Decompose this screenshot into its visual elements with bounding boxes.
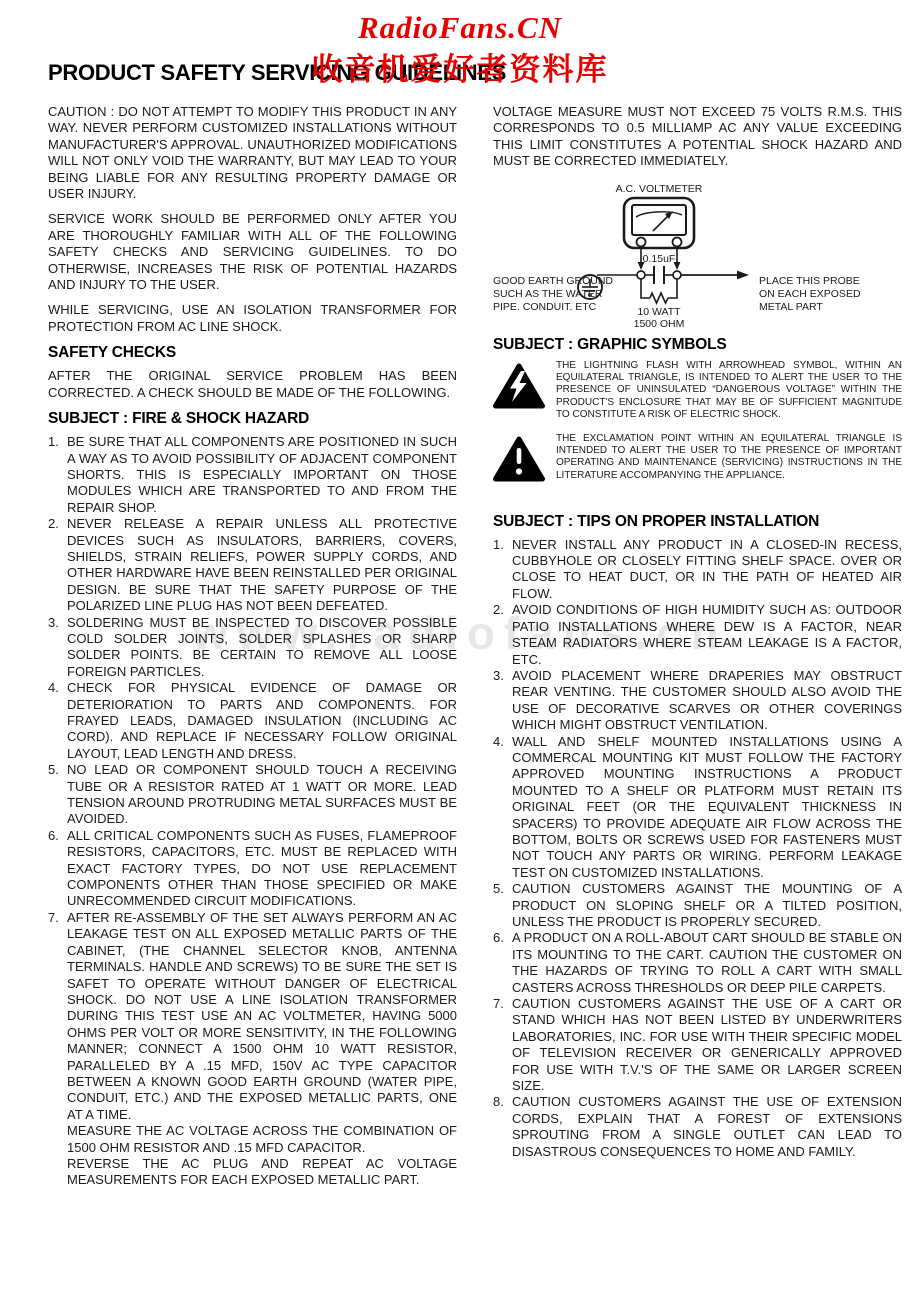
ac-voltmeter-label: A.C. VOLTMETER xyxy=(616,183,703,195)
tips-item-2: 2. AVOID CONDITIONS OF HIGH HUMIDITY SUC… xyxy=(493,602,902,668)
item-text: SOLDERING MUST BE INSPECTED TO DISCOVER … xyxy=(67,615,457,681)
right-column: VOLTAGE MEASURE MUST NOT EXCEED 75 VOLTS… xyxy=(493,104,902,1189)
lightning-triangle-icon xyxy=(493,360,547,422)
fire-shock-item-4: 4. CHECK FOR PHYSICAL EVIDENCE OF DAMAGE… xyxy=(48,680,457,762)
fire-shock-item-7: 7. AFTER RE-ASSEMBLY OF THE SET ALWAYS P… xyxy=(48,910,457,1189)
ground-caption-line2: SUCH AS THE WATER xyxy=(493,288,603,300)
voltage-limit-paragraph: VOLTAGE MEASURE MUST NOT EXCEED 75 VOLTS… xyxy=(493,104,902,170)
item-number: 1. xyxy=(493,537,512,603)
lightning-symbol-row: THE LIGHTNING FLASH WITH ARROWHEAD SYMBO… xyxy=(493,360,902,422)
item-number: 3. xyxy=(48,615,67,681)
watermark-site-chinese: 收音机爱好者资料库 xyxy=(0,44,920,89)
probe-caption-line2: ON EACH EXPOSED xyxy=(759,288,861,300)
item-number: 6. xyxy=(48,828,67,910)
item-text: AVOID CONDITIONS OF HIGH HUMIDITY SUCH A… xyxy=(512,602,902,668)
item-number: 1. xyxy=(48,434,67,516)
resistor-ohm-label: 1500 OHM xyxy=(634,318,685,330)
right-node xyxy=(673,271,681,279)
tips-item-1: 1. NEVER INSTALL ANY PRODUCT IN A CLOSED… xyxy=(493,537,902,603)
item-text: CAUTION CUSTOMERS AGAINST THE MOUNTING O… xyxy=(512,881,902,930)
item-text-reverse: REVERSE THE AC PLUG AND REPEAT AC VOLTAG… xyxy=(67,1156,457,1189)
item-number: 4. xyxy=(48,680,67,762)
item-text: AVOID PLACEMENT WHERE DRAPERIES MAY OBST… xyxy=(512,668,902,734)
isolation-transformer-paragraph: WHILE SERVICING, USE AN ISOLATION TRANSF… xyxy=(48,302,457,335)
ground-caption: GOOD EARTH GROUND SUCH AS THE WATER PIPE… xyxy=(493,275,613,313)
tips-item-8: 8. CAUTION CUSTOMERS AGAINST THE USE OF … xyxy=(493,1094,902,1160)
item-number: 8. xyxy=(493,1094,512,1160)
probe-arrow-icon xyxy=(681,270,749,279)
item-number: 5. xyxy=(493,881,512,930)
exclamation-symbol-row: THE EXCLAMATION POINT WITHIN AN EQUILATE… xyxy=(493,433,902,487)
ground-caption-line1: GOOD EARTH GROUND xyxy=(493,275,613,287)
tips-item-7: 7. CAUTION CUSTOMERS AGAINST THE USE OF … xyxy=(493,996,902,1094)
item-text-measure: MEASURE THE AC VOLTAGE ACROSS THE COMBIN… xyxy=(67,1123,457,1156)
safety-checks-heading: SAFETY CHECKS xyxy=(48,344,457,362)
item-text: A PRODUCT ON A ROLL-ABOUT CART SHOULD BE… xyxy=(512,930,902,996)
graphic-symbols-section: SUBJECT : GRAPHIC SYMBOLS THE LIGHTNING … xyxy=(493,336,902,487)
item-text: NO LEAD OR COMPONENT SHOULD TOUCH A RECE… xyxy=(67,762,457,828)
probe-caption-line3: METAL PART xyxy=(759,301,823,313)
fire-shock-item-1: 1. BE SURE THAT ALL COMPONENTS ARE POSIT… xyxy=(48,434,457,516)
item-text: NEVER INSTALL ANY PRODUCT IN A CLOSED-IN… xyxy=(512,537,902,603)
tips-item-6: 6. A PRODUCT ON A ROLL-ABOUT CART SHOULD… xyxy=(493,930,902,996)
probe-caption-line1: PLACE THIS PROBE xyxy=(759,275,860,287)
exclamation-triangle-icon xyxy=(493,433,547,487)
item-number: 6. xyxy=(493,930,512,996)
circuit-diagram-svg: A.C. VOLTMETER xyxy=(493,180,902,332)
item-number: 3. xyxy=(493,668,512,734)
fire-shock-item-2: 2. NEVER RELEASE A REPAIR UNLESS ALL PRO… xyxy=(48,516,457,614)
tips-item-5: 5. CAUTION CUSTOMERS AGAINST THE MOUNTIN… xyxy=(493,881,902,930)
left-node xyxy=(637,271,645,279)
two-column-layout: CAUTION : DO NOT ATTEMPT TO MODIFY THIS … xyxy=(48,104,902,1189)
item-text: NEVER RELEASE A REPAIR UNLESS ALL PROTEC… xyxy=(67,516,457,614)
resistor-watt-label: 10 WATT xyxy=(637,306,681,318)
safety-checks-body: AFTER THE ORIGINAL SERVICE PROBLEM HAS B… xyxy=(48,368,457,401)
ac-voltmeter-icon xyxy=(624,198,694,248)
item-number: 5. xyxy=(48,762,67,828)
ac-leakage-test-diagram: A.C. VOLTMETER xyxy=(493,180,902,332)
item-text: CAUTION CUSTOMERS AGAINST THE USE OF A C… xyxy=(512,996,902,1094)
item-text-main: AFTER RE-ASSEMBLY OF THE SET ALWAYS PERF… xyxy=(67,910,457,1123)
ground-caption-line3: PIPE. CONDUIT. ETC xyxy=(493,301,597,313)
document-page: www.radiofans.cn RadioFans.CN 收音机爱好者资料库 … xyxy=(0,0,920,1302)
fire-shock-item-3: 3. SOLDERING MUST BE INSPECTED TO DISCOV… xyxy=(48,615,457,681)
lightning-symbol-text: THE LIGHTNING FLASH WITH ARROWHEAD SYMBO… xyxy=(556,360,902,422)
left-column: CAUTION : DO NOT ATTEMPT TO MODIFY THIS … xyxy=(48,104,457,1189)
item-number: 4. xyxy=(493,734,512,882)
capacitor-symbol xyxy=(645,266,673,284)
tips-item-4: 4. WALL AND SHELF MOUNTED INSTALLATIONS … xyxy=(493,734,902,882)
exclamation-symbol-text: THE EXCLAMATION POINT WITHIN AN EQUILATE… xyxy=(556,433,902,487)
item-number: 7. xyxy=(493,996,512,1094)
item-text: WALL AND SHELF MOUNTED INSTALLATIONS USI… xyxy=(512,734,902,882)
item-text: ALL CRITICAL COMPONENTS SUCH AS FUSES, F… xyxy=(67,828,457,910)
item-text: AFTER RE-ASSEMBLY OF THE SET ALWAYS PERF… xyxy=(67,910,457,1189)
resistor-symbol xyxy=(641,279,677,303)
service-work-paragraph: SERVICE WORK SHOULD BE PERFORMED ONLY AF… xyxy=(48,211,457,293)
fire-shock-heading: SUBJECT : FIRE & SHOCK HAZARD xyxy=(48,410,457,428)
item-text: CHECK FOR PHYSICAL EVIDENCE OF DAMAGE OR… xyxy=(67,680,457,762)
probe-caption: PLACE THIS PROBE ON EACH EXPOSED METAL P… xyxy=(759,275,861,313)
item-number: 2. xyxy=(493,602,512,668)
item-text: BE SURE THAT ALL COMPONENTS ARE POSITION… xyxy=(67,434,457,516)
tips-heading: SUBJECT : TIPS ON PROPER INSTALLATION xyxy=(493,513,902,531)
item-number: 2. xyxy=(48,516,67,614)
watermark-site-name: RadioFans.CN xyxy=(0,10,920,46)
caution-paragraph: CAUTION : DO NOT ATTEMPT TO MODIFY THIS … xyxy=(48,104,457,202)
tips-item-3: 3. AVOID PLACEMENT WHERE DRAPERIES MAY O… xyxy=(493,668,902,734)
fire-shock-item-6: 6. ALL CRITICAL COMPONENTS SUCH AS FUSES… xyxy=(48,828,457,910)
graphic-symbols-heading: SUBJECT : GRAPHIC SYMBOLS xyxy=(493,336,902,354)
capacitor-value-label: 0.15uF xyxy=(643,253,676,265)
item-text: CAUTION CUSTOMERS AGAINST THE USE OF EXT… xyxy=(512,1094,902,1160)
item-number: 7. xyxy=(48,910,67,1189)
fire-shock-item-5: 5. NO LEAD OR COMPONENT SHOULD TOUCH A R… xyxy=(48,762,457,828)
